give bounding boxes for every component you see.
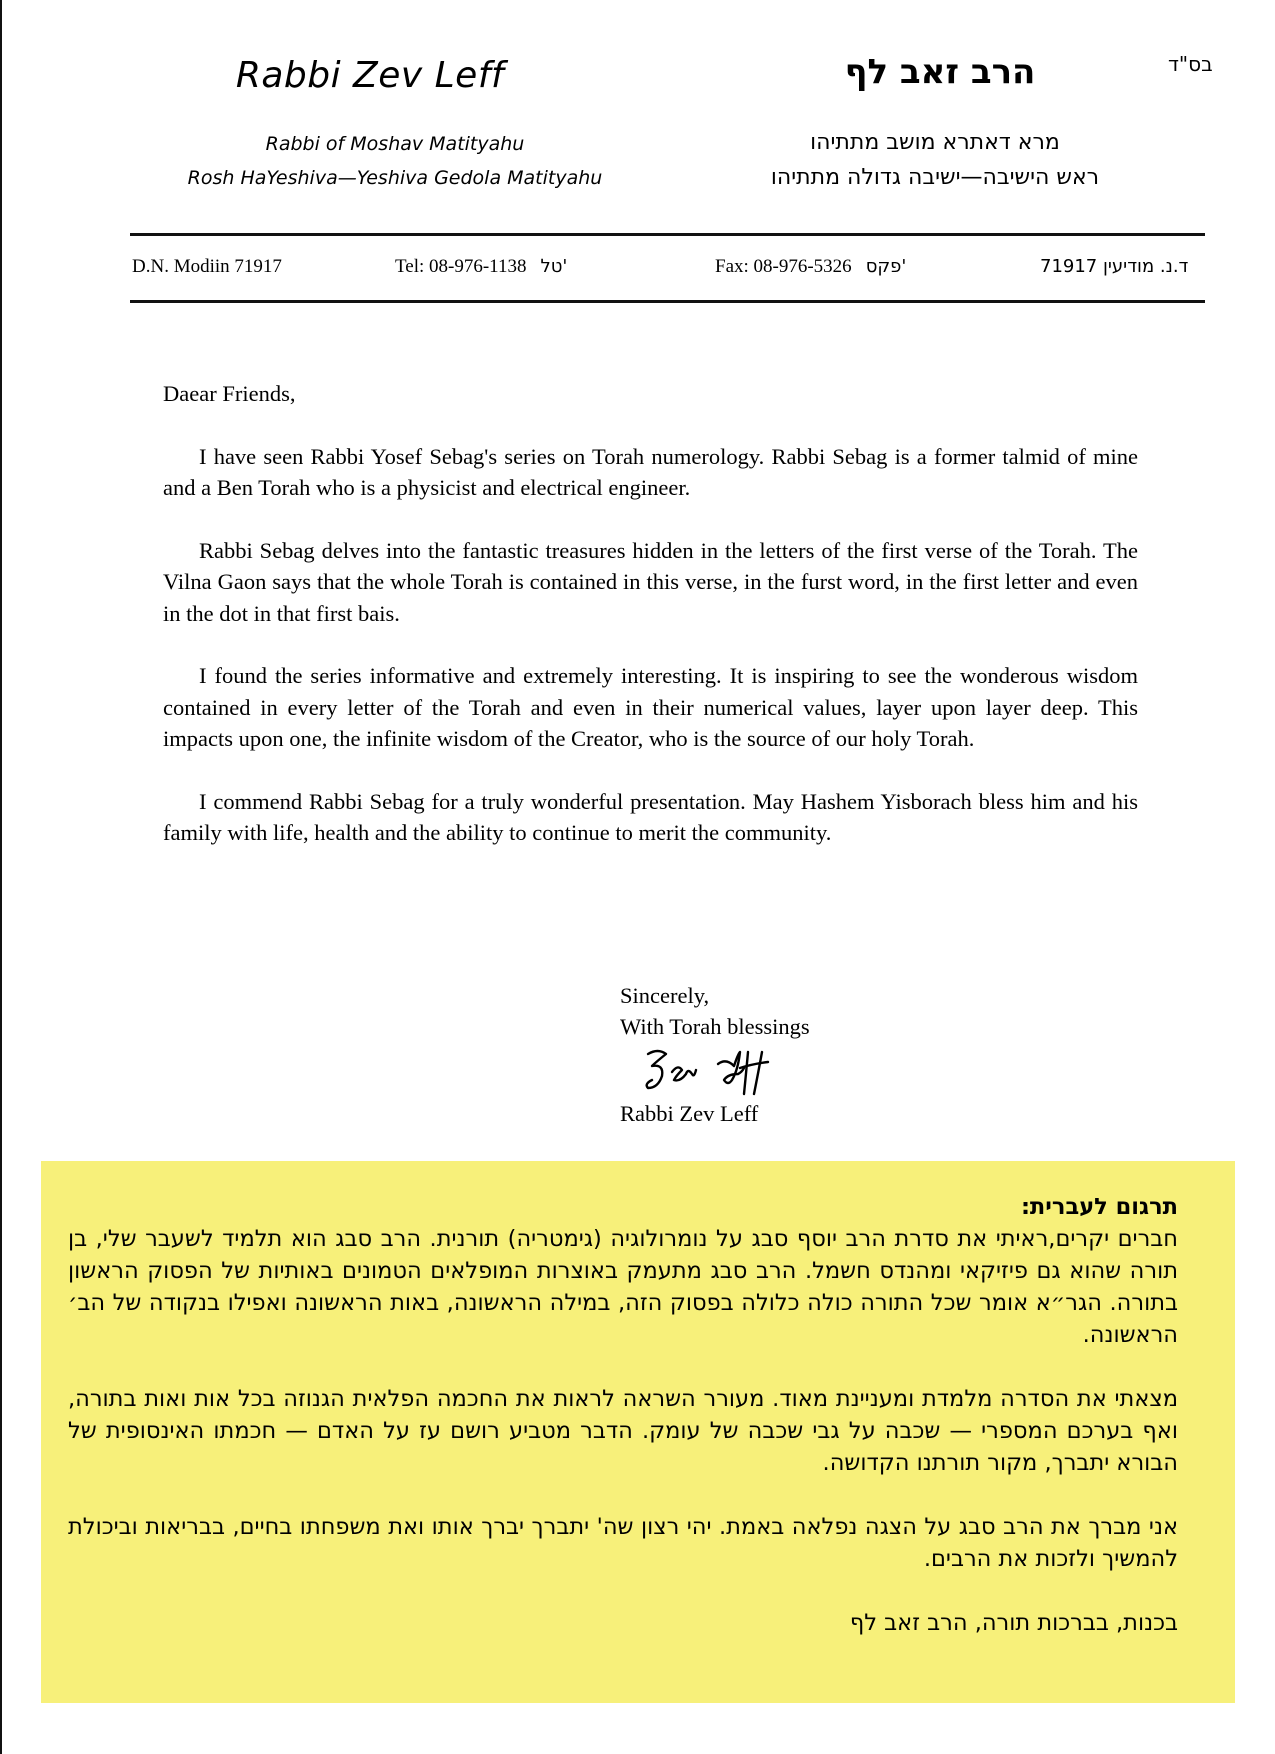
translation-paragraph: אני מברך את הרב סבג על הצגה נפלאה באמת. …: [68, 1511, 1178, 1575]
letterhead-hebrew-title-2: ראש הישיבה—ישיבה גדולה מתתיהו: [700, 165, 1170, 190]
address-english: D.N. Modiin 71917: [132, 256, 282, 278]
letter-greeting: Daear Friends,: [163, 378, 1138, 410]
letter-body: Daear Friends, I have seen Rabbi Yosef S…: [163, 378, 1138, 880]
letter-paragraph: I commend Rabbi Sebag for a truly wonder…: [163, 786, 1138, 849]
letterhead-english-title-2: Rosh HaYeshiva—Yeshiva Gedola Matityahu: [130, 167, 660, 189]
fax-english: Fax: 08-976-5326: [715, 256, 852, 277]
letter-paragraph: I found the series informative and extre…: [163, 660, 1138, 755]
letterhead-rule-bottom: [130, 300, 1205, 303]
telephone-english: Tel: 08-976-1138: [395, 256, 526, 277]
scan-edge: [0, 0, 2, 1754]
closing-line-2: With Torah blessings: [620, 1011, 810, 1042]
fax-hebrew-label: פקס': [866, 256, 907, 277]
hebrew-translation-box: תרגום לעברית: חברים יקרים,ראיתי את סדרת …: [41, 1161, 1235, 1703]
letterhead-rule-top: [130, 233, 1205, 236]
translation-signoff: בכנות, בברכות תורה, הרב זאב לף: [68, 1607, 1178, 1639]
translation-title: תרגום לעברית:: [68, 1191, 1178, 1223]
address-hebrew: ד.נ. מודיעין 71917: [1040, 256, 1188, 277]
handwritten-signature-icon: [620, 1042, 810, 1098]
letterhead-hebrew-name: הרב זאב לף: [700, 52, 1180, 92]
letter-paragraph: I have seen Rabbi Yosef Sebag's series o…: [163, 441, 1138, 504]
letter-closing: Sincerely, With Torah blessings Rabbi Ze…: [620, 980, 810, 1129]
hebrew-translation-text: תרגום לעברית: חברים יקרים,ראיתי את סדרת …: [68, 1191, 1178, 1671]
translation-paragraph: מצאתי את הסדרה מלמדת ומעניינת מאוד. מעור…: [68, 1383, 1178, 1479]
fax: Fax: 08-976-5326פקס': [715, 256, 906, 278]
closing-line-1: Sincerely,: [620, 980, 810, 1011]
telephone-hebrew-label: טל': [540, 256, 567, 277]
signed-name: Rabbi Zev Leff: [620, 1098, 810, 1129]
letter-paragraph: Rabbi Sebag delves into the fantastic tr…: [163, 535, 1138, 630]
letterhead-hebrew-title-1: מרא דאתרא מושב מתתיהו: [700, 130, 1170, 155]
letterhead-english-name: Rabbi Zev Leff: [195, 55, 545, 96]
telephone: Tel: 08-976-1138טל': [395, 256, 567, 278]
translation-paragraph: חברים יקרים,ראיתי את סדרת הרב יוסף סבג ע…: [68, 1223, 1178, 1351]
letterhead-english-title-1: Rabbi of Moshav Matityahu: [130, 133, 660, 155]
